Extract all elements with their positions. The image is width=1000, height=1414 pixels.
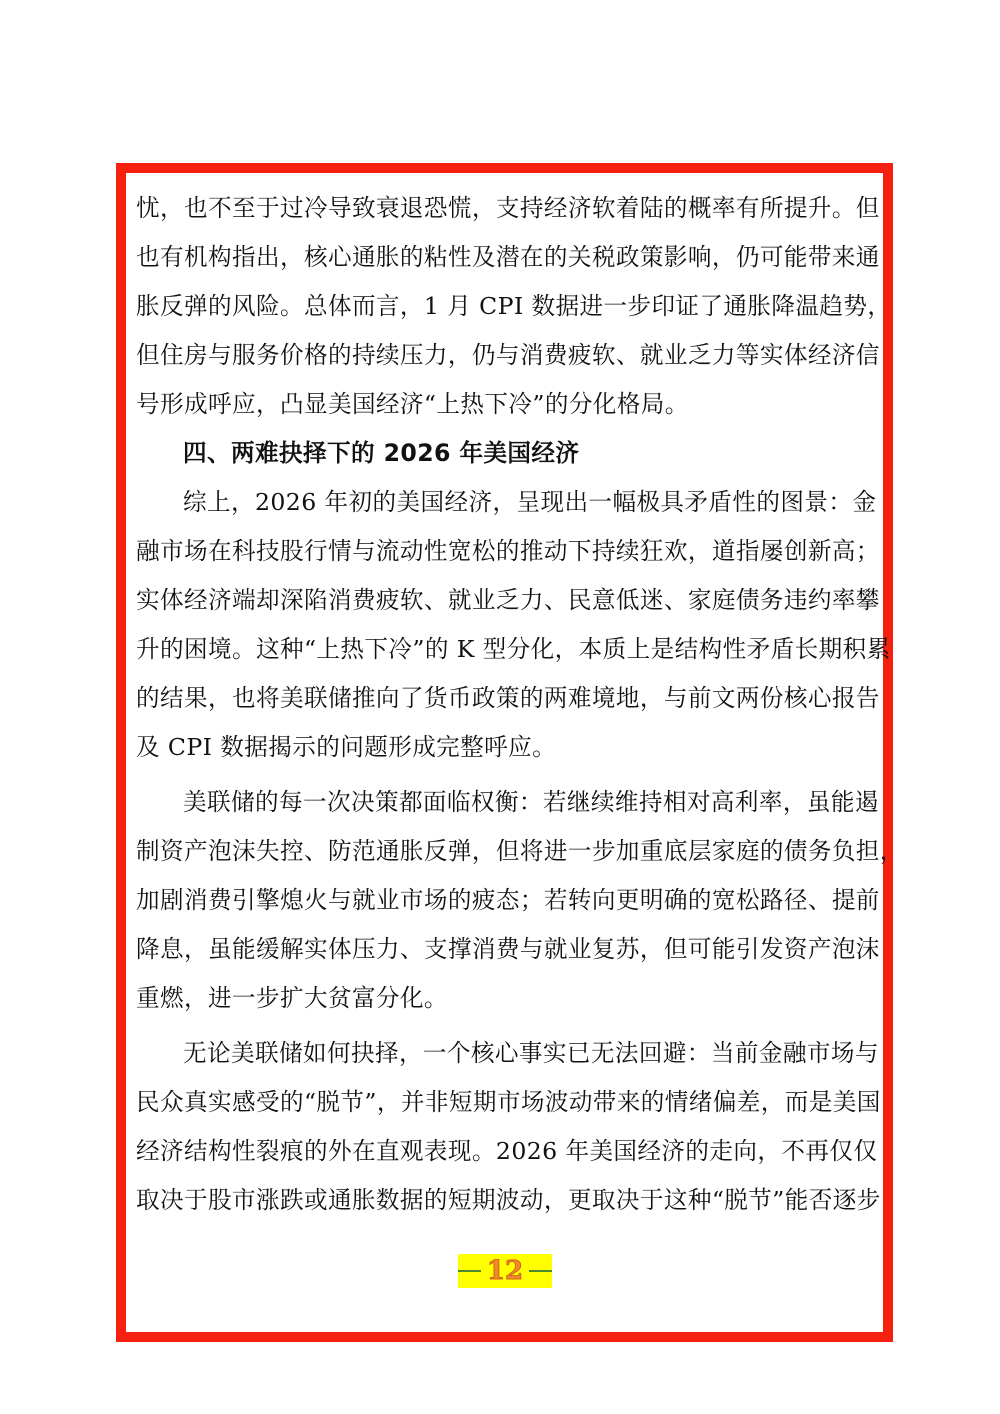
body-line: 升的困境。这种“上热下冷”的 K 型分化，本质上是结构性矛盾长期积累 xyxy=(136,625,864,674)
body-line: 无论美联储如何抉择，一个核心事实已无法回避：当前金融市场与 xyxy=(136,1029,864,1078)
paragraph: 无论美联储如何抉择，一个核心事实已无法回避：当前金融市场与 民众真实感受的“脱节… xyxy=(136,1029,864,1225)
body-line: 忧，也不至于过冷导致衰退恐慌，支持经济软着陆的概率有所提升。但 xyxy=(136,184,864,233)
page-number-badge: 12 xyxy=(458,1254,552,1288)
paragraph: 美联储的每一次决策都面临权衡：若继续维持相对高利率，虽能遏 制资产泡沫失控、防范… xyxy=(136,778,864,1023)
body-line: 实体经济端却深陷消费疲软、就业乏力、民意低迷、家庭债务违约率攀 xyxy=(136,576,864,625)
body-line: 但住房与服务价格的持续压力，仍与消费疲软、就业乏力等实体经济信 xyxy=(136,331,864,380)
body-line: 取决于股市涨跌或通胀数据的短期波动，更取决于这种“脱节”能否逐步 xyxy=(136,1176,864,1225)
body-line: 经济结构性裂痕的外在直观表现。2026 年美国经济的走向，不再仅仅 xyxy=(136,1127,864,1176)
section-heading: 四、两难抉择下的 2026 年美国经济 xyxy=(136,429,864,478)
body-line: 重燃，进一步扩大贫富分化。 xyxy=(136,974,864,1023)
body-line: 美联储的每一次决策都面临权衡：若继续维持相对高利率，虽能遏 xyxy=(136,778,864,827)
dash-left xyxy=(458,1270,481,1272)
document-body: 忧，也不至于过冷导致衰退恐慌，支持经济软着陆的概率有所提升。但 也有机构指出，核… xyxy=(136,184,864,1225)
body-line: 胀反弹的风险。总体而言，1 月 CPI 数据进一步印证了通胀降温趋势， xyxy=(136,282,864,331)
body-line: 号形成呼应，凸显美国经济“上热下冷”的分化格局。 xyxy=(136,380,864,429)
paragraph: 综上，2026 年初的美国经济，呈现出一幅极具矛盾性的图景：金 融市场在科技股行… xyxy=(136,478,864,772)
page-number: 12 xyxy=(487,1258,523,1284)
body-line: 制资产泡沫失控、防范通胀反弹，但将进一步加重底层家庭的债务负担， xyxy=(136,827,864,876)
body-line: 也有机构指出，核心通胀的粘性及潜在的关税政策影响，仍可能带来通 xyxy=(136,233,864,282)
body-line: 加剧消费引擎熄火与就业市场的疲态；若转向更明确的宽松路径、提前 xyxy=(136,876,864,925)
body-line: 综上，2026 年初的美国经济，呈现出一幅极具矛盾性的图景：金 xyxy=(136,478,864,527)
body-line: 融市场在科技股行情与流动性宽松的推动下持续狂欢，道指屡创新高； xyxy=(136,527,864,576)
body-line: 降息，虽能缓解实体压力、支撑消费与就业复苏，但可能引发资产泡沫 xyxy=(136,925,864,974)
dash-right xyxy=(529,1270,552,1272)
body-line: 及 CPI 数据揭示的问题形成完整呼应。 xyxy=(136,723,864,772)
body-line: 的结果，也将美联储推向了货币政策的两难境地，与前文两份核心报告 xyxy=(136,674,864,723)
body-line: 民众真实感受的“脱节”，并非短期市场波动带来的情绪偏差，而是美国 xyxy=(136,1078,864,1127)
